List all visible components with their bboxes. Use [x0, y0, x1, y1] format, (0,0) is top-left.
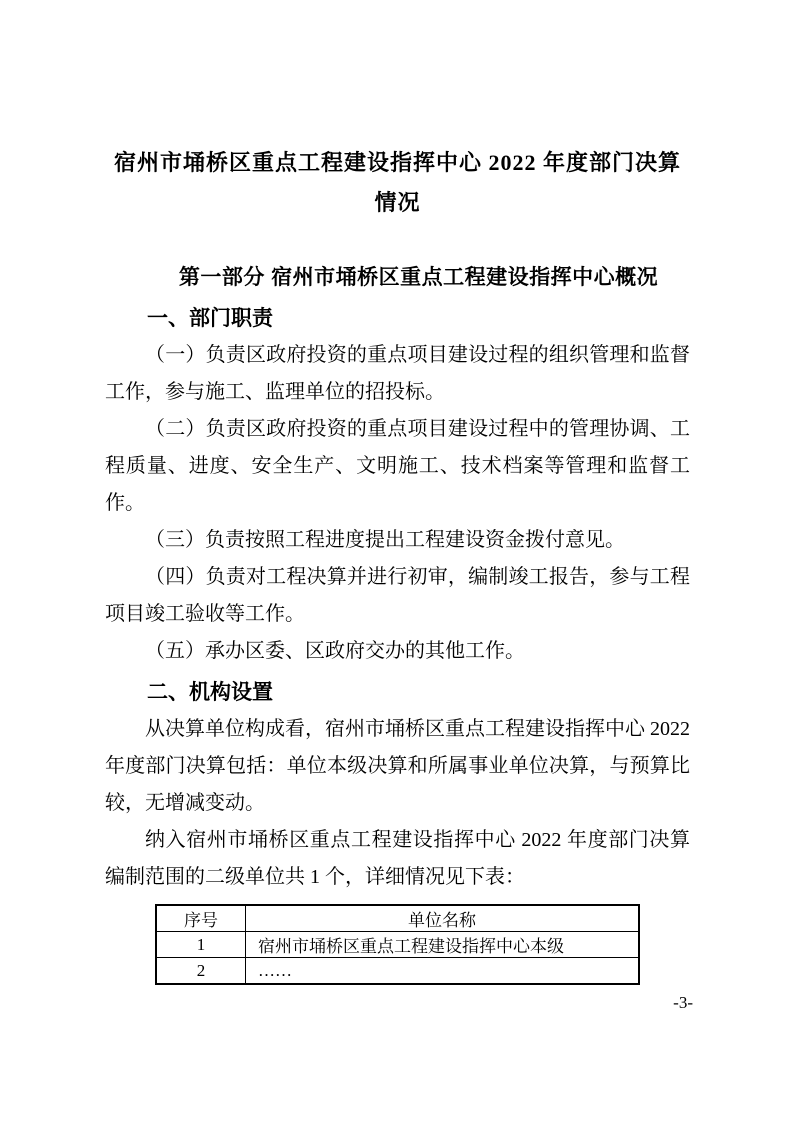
duty-paragraph-5: （五）承办区委、区政府交办的其他工作。 — [105, 633, 690, 670]
unit-table-row-1-unit-name: 宿州市埇桥区重点工程建设指挥中心本级 — [246, 932, 640, 958]
page-number: -3- — [673, 993, 693, 1013]
section-heading-organization: 二、机构设置 — [105, 674, 690, 711]
document-title: 宿州市埇桥区重点工程建设指挥中心 2022 年度部门决算 情况 — [105, 143, 690, 223]
document-title-line-2: 情况 — [105, 183, 690, 223]
duty-paragraph-2: （二）负责区政府投资的重点项目建设过程中的管理协调、工程质量、进度、安全生产、文… — [105, 411, 690, 522]
unit-table-row-2-unit-name: …… — [246, 958, 640, 985]
document-page: 宿州市埇桥区重点工程建设指挥中心 2022 年度部门决算 情况 第一部分 宿州市… — [0, 0, 793, 1122]
organization-paragraph-2: 纳入宿州市埇桥区重点工程建设指挥中心 2022 年度部门决算编制范围的二级单位共… — [105, 822, 690, 896]
unit-table: 序号 单位名称 1 宿州市埇桥区重点工程建设指挥中心本级 2 …… — [155, 904, 640, 985]
duty-paragraph-1: （一）负责区政府投资的重点项目建设过程的组织管理和监督工作，参与施工、监理单位的… — [105, 337, 690, 411]
document-content: 宿州市埇桥区重点工程建设指挥中心 2022 年度部门决算 情况 第一部分 宿州市… — [105, 0, 690, 985]
unit-table-row-1-no: 1 — [156, 932, 246, 958]
unit-table-header-row: 序号 单位名称 — [156, 905, 639, 932]
unit-table-header-no: 序号 — [156, 905, 246, 932]
unit-table-row-2-no: 2 — [156, 958, 246, 985]
organization-paragraph-1: 从决算单位构成看，宿州市埇桥区重点工程建设指挥中心 2022 年度部门决算包括：… — [105, 711, 690, 822]
duty-paragraph-3: （三）负责按照工程进度提出工程建设资金拨付意见。 — [105, 522, 690, 559]
unit-table-header-unit-name: 单位名称 — [246, 905, 640, 932]
unit-table-row-2: 2 …… — [156, 958, 639, 985]
part1-heading: 第一部分 宿州市埇桥区重点工程建设指挥中心概况 — [105, 259, 690, 296]
document-title-line-1: 宿州市埇桥区重点工程建设指挥中心 2022 年度部门决算 — [105, 143, 690, 183]
unit-table-row-1: 1 宿州市埇桥区重点工程建设指挥中心本级 — [156, 932, 639, 958]
duty-paragraph-4: （四）负责对工程决算并进行初审，编制竣工报告，参与工程项目竣工验收等工作。 — [105, 559, 690, 633]
section-heading-duties: 一、部门职责 — [105, 300, 690, 337]
